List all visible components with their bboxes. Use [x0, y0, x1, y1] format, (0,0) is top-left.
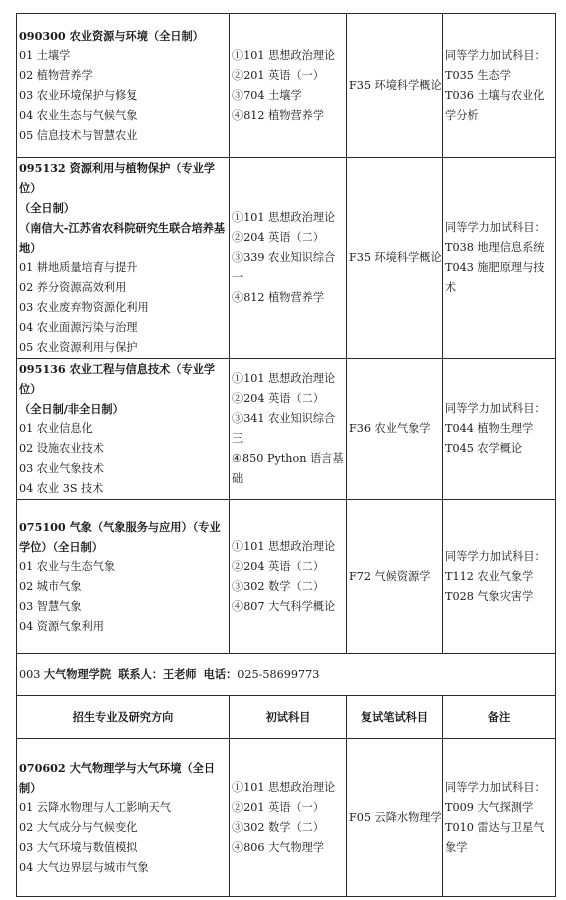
program-title: （全日制/非全日制）	[19, 399, 227, 419]
direction-item: 01 耕地质量培育与提升	[19, 258, 227, 278]
direction-item: 03 农业气象技术	[19, 459, 227, 479]
note-line: T043 施肥原理与技术	[445, 258, 553, 298]
program-row: 095136 农业工程与信息技术（专业学位） （全日制/非全日制） 01 农业信…	[17, 359, 556, 500]
notes-cell: 同等学力加试科目： T112 农业气象学 T028 气象灾害学	[443, 500, 556, 654]
note-line: T038 地理信息系统	[445, 238, 553, 258]
program-cell: 095136 农业工程与信息技术（专业学位） （全日制/非全日制） 01 农业信…	[17, 359, 230, 500]
exam-subject: ②204 英语（二）	[232, 228, 344, 248]
direction-item: 02 城市气象	[19, 577, 227, 597]
direction-item: 02 养分资源高效利用	[19, 278, 227, 298]
exam-subject: ②201 英语（一）	[232, 66, 344, 86]
admissions-table: 090300 农业资源与环境（全日制） 01 土壤学 02 植物营养学 03 农…	[16, 13, 556, 897]
exam-subject: ①101 思想政治理论	[232, 537, 344, 557]
direction-item: 01 云降水物理与人工影响天气	[19, 798, 227, 818]
retest-exam-cell: F36 农业气象学	[347, 359, 443, 500]
exam-subject: ④812 植物营养学	[232, 288, 344, 308]
exam-subject: ①101 思想政治理论	[232, 778, 344, 798]
program-row: 090300 农业资源与环境（全日制） 01 土壤学 02 植物营养学 03 农…	[17, 14, 556, 158]
header-program: 招生专业及研究方向	[17, 696, 230, 739]
direction-item: 03 农业环境保护与修复	[19, 86, 227, 106]
program-title: 070602 大气物理学与大气环境（全日制）	[19, 758, 227, 798]
initial-exam-cell: ①101 思想政治理论 ②201 英语（一） ③704 土壤学 ④812 植物营…	[230, 14, 347, 158]
exam-subject: ①101 思想政治理论	[232, 46, 344, 66]
program-cell: 090300 农业资源与环境（全日制） 01 土壤学 02 植物营养学 03 农…	[17, 14, 230, 158]
retest-exam-cell: F35 环境科学概论	[347, 158, 443, 359]
exam-subject: ②204 英语（二）	[232, 389, 344, 409]
program-title: 095132 资源利用与植物保护（专业学位）	[19, 158, 227, 198]
direction-item: 04 农业 3S 技术	[19, 479, 227, 499]
note-line: 同等学力加试科目：	[445, 218, 553, 238]
notes-cell: 同等学力加试科目： T009 大气探测学 T010 雷达与卫星气象学	[443, 739, 556, 897]
exam-subject: ②204 英语（二）	[232, 557, 344, 577]
program-title: （全日制）	[19, 198, 227, 218]
college-info: 003 大气物理学院 联系人：王老师 电话：025-58699773	[17, 654, 556, 696]
retest-subject: F36 农业气象学	[349, 419, 440, 439]
program-row: 095132 资源利用与植物保护（专业学位） （全日制） （南信大-江苏省农科院…	[17, 158, 556, 359]
direction-item: 04 农业生态与气候气象	[19, 106, 227, 126]
direction-item: 02 植物营养学	[19, 66, 227, 86]
initial-exam-cell: ①101 思想政治理论 ②201 英语（一） ③302 数学（二） ④806 大…	[230, 739, 347, 897]
note-line: T036 土壤与农业化学分析	[445, 86, 553, 126]
contact-label: 联系人：	[118, 667, 163, 681]
note-line: 同等学力加试科目：	[445, 46, 553, 66]
program-title: （南信大-江苏省农科院研究生联合培养基地）	[19, 218, 227, 258]
direction-item: 03 智慧气象	[19, 597, 227, 617]
exam-subject: ③302 数学（二）	[232, 818, 344, 838]
retest-subject: F35 环境科学概论	[349, 76, 440, 96]
header-notes: 备注	[443, 696, 556, 739]
phone-number: 025-58699773	[237, 668, 319, 681]
note-line: T112 农业气象学	[445, 567, 553, 587]
program-cell: 075100 气象（气象服务与应用）（专业学位）（全日制） 01 农业与生态气象…	[17, 500, 230, 654]
direction-item: 04 大气边界层与城市气象	[19, 858, 227, 878]
note-line: 同等学力加试科目：	[445, 399, 553, 419]
contact-name: 王老师	[163, 667, 197, 681]
exam-subject: ③339 农业知识综合一	[232, 248, 344, 288]
direction-item: 01 土壤学	[19, 46, 227, 66]
program-cell: 095132 资源利用与植物保护（专业学位） （全日制） （南信大-江苏省农科院…	[17, 158, 230, 359]
direction-item: 02 大气成分与气候变化	[19, 818, 227, 838]
initial-exam-cell: ①101 思想政治理论 ②204 英语（二） ③302 数学（二） ④807 大…	[230, 500, 347, 654]
exam-subject: ④812 植物营养学	[232, 106, 344, 126]
exam-subject: ②201 英语（一）	[232, 798, 344, 818]
direction-item: 04 农业面源污染与治理	[19, 318, 227, 338]
retest-exam-cell: F05 云降水物理学	[347, 739, 443, 897]
retest-exam-cell: F35 环境科学概论	[347, 14, 443, 158]
program-row: 070602 大气物理学与大气环境（全日制） 01 云降水物理与人工影响天气 0…	[17, 739, 556, 897]
college-name: 大气物理学院	[44, 667, 111, 681]
direction-item: 01 农业与生态气象	[19, 557, 227, 577]
phone-label: 电话：	[204, 667, 238, 681]
retest-subject: F72 气候资源学	[349, 567, 440, 587]
program-title: 095136 农业工程与信息技术（专业学位）	[19, 359, 227, 399]
direction-item: 02 设施农业技术	[19, 439, 227, 459]
header-retest-exam: 复试笔试科目	[347, 696, 443, 739]
exam-subject: ③302 数学（二）	[232, 577, 344, 597]
retest-subject: F05 云降水物理学	[349, 808, 440, 828]
exam-subject: ④850 Python 语言基础	[232, 449, 344, 489]
direction-item: 05 信息技术与智慧农业	[19, 126, 227, 146]
exam-subject: ①101 思想政治理论	[232, 369, 344, 389]
direction-item: 03 大气环境与数值模拟	[19, 838, 227, 858]
direction-item: 03 农业废弃物资源化利用	[19, 298, 227, 318]
note-line: 同等学力加试科目：	[445, 547, 553, 567]
program-cell: 070602 大气物理学与大气环境（全日制） 01 云降水物理与人工影响天气 0…	[17, 739, 230, 897]
direction-item: 01 农业信息化	[19, 419, 227, 439]
initial-exam-cell: ①101 思想政治理论 ②204 英语（二） ③339 农业知识综合一 ④812…	[230, 158, 347, 359]
exam-subject: ①101 思想政治理论	[232, 208, 344, 228]
note-line: 同等学力加试科目：	[445, 778, 553, 798]
notes-cell: 同等学力加试科目： T044 植物生理学 T045 农学概论	[443, 359, 556, 500]
college-code: 003	[19, 668, 40, 681]
retest-subject: F35 环境科学概论	[349, 248, 440, 268]
exam-subject: ④806 大气物理学	[232, 838, 344, 858]
exam-subject: ④807 大气科学概论	[232, 597, 344, 617]
initial-exam-cell: ①101 思想政治理论 ②204 英语（二） ③341 农业知识综合三 ④850…	[230, 359, 347, 500]
table-header-row: 招生专业及研究方向 初试科目 复试笔试科目 备注	[17, 696, 556, 739]
note-line: T044 植物生理学	[445, 419, 553, 439]
program-title: 075100 气象（气象服务与应用）（专业学位）（全日制）	[19, 517, 227, 557]
exam-subject: ③704 土壤学	[232, 86, 344, 106]
note-line: T009 大气探测学	[445, 798, 553, 818]
retest-exam-cell: F72 气候资源学	[347, 500, 443, 654]
exam-subject: ③341 农业知识综合三	[232, 409, 344, 449]
notes-cell: 同等学力加试科目： T038 地理信息系统 T043 施肥原理与技术	[443, 158, 556, 359]
note-line: T045 农学概论	[445, 439, 553, 459]
notes-cell: 同等学力加试科目： T035 生态学 T036 土壤与农业化学分析	[443, 14, 556, 158]
program-row: 075100 气象（气象服务与应用）（专业学位）（全日制） 01 农业与生态气象…	[17, 500, 556, 654]
note-line: T035 生态学	[445, 66, 553, 86]
note-line: T010 雷达与卫星气象学	[445, 818, 553, 858]
direction-item: 04 资源气象利用	[19, 617, 227, 637]
direction-item: 05 农业资源利用与保护	[19, 338, 227, 358]
college-row: 003 大气物理学院 联系人：王老师 电话：025-58699773	[17, 654, 556, 696]
note-line: T028 气象灾害学	[445, 587, 553, 607]
program-title: 090300 农业资源与环境（全日制）	[19, 26, 227, 46]
header-initial-exam: 初试科目	[230, 696, 347, 739]
